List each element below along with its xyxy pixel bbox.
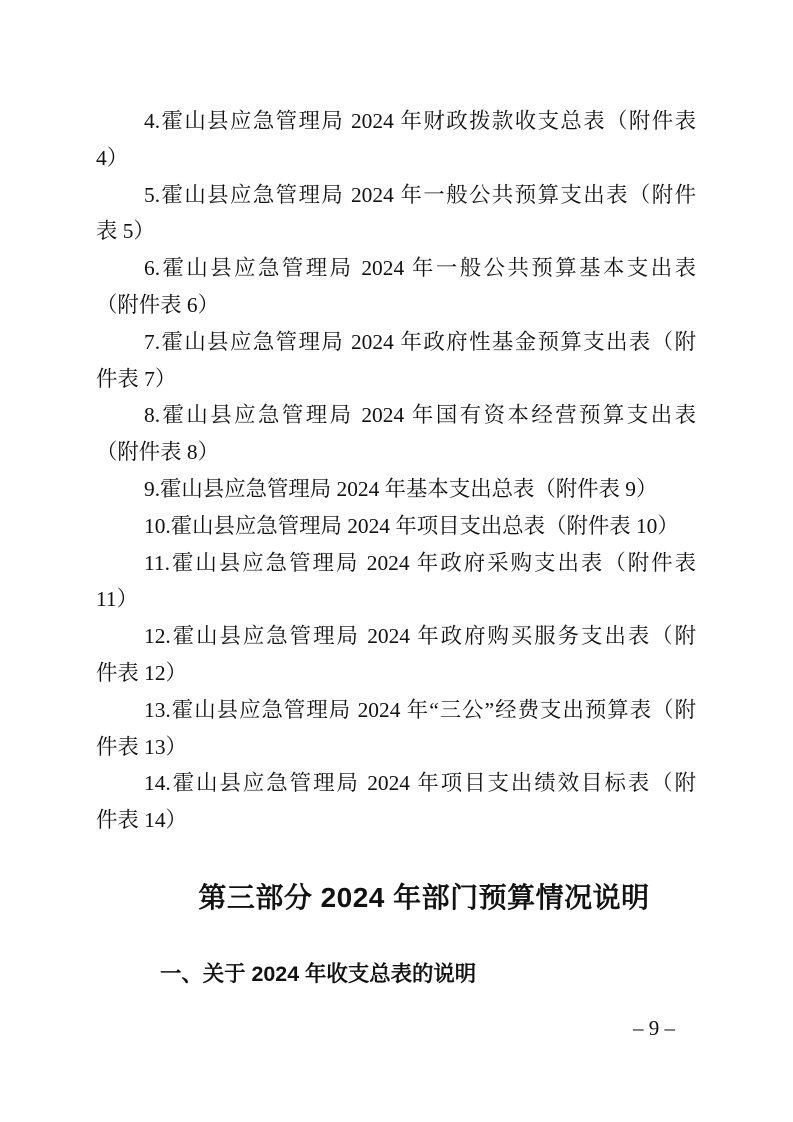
page-number: – 9 –	[633, 1016, 675, 1040]
attachment-list-item-line: （附件表 8）	[96, 434, 696, 471]
attachment-list-item: 8.霍山县应急管理局 2024 年国有资本经营预算支出表（附件表 8）	[96, 397, 696, 471]
attachment-list-item: 14.霍山县应急管理局 2024 年项目支出绩效目标表（附件表 14）	[96, 765, 696, 839]
page-content: 4.霍山县应急管理局 2024 年财政拨款收支总表（附件表4）5.霍山县应急管理…	[96, 103, 696, 993]
attachment-list-item-line: 11.霍山县应急管理局 2024 年政府采购支出表（附件表	[96, 545, 696, 582]
attachment-list-item: 12.霍山县应急管理局 2024 年政府购买服务支出表（附件表 12）	[96, 618, 696, 692]
document-page: 4.霍山县应急管理局 2024 年财政拨款收支总表（附件表4）5.霍山县应急管理…	[0, 0, 793, 1122]
attachment-list-item-line: 11）	[96, 581, 696, 618]
attachment-list: 4.霍山县应急管理局 2024 年财政拨款收支总表（附件表4）5.霍山县应急管理…	[96, 103, 696, 839]
attachment-list-item-line: 10.霍山县应急管理局 2024 年项目支出总表（附件表 10）	[96, 508, 696, 545]
attachment-list-item: 11.霍山县应急管理局 2024 年政府采购支出表（附件表11）	[96, 545, 696, 619]
attachment-list-item: 10.霍山县应急管理局 2024 年项目支出总表（附件表 10）	[96, 508, 696, 545]
attachment-list-item-line: 件表 7）	[96, 361, 696, 398]
attachment-list-item: 6.霍山县应急管理局 2024 年一般公共预算基本支出表（附件表 6）	[96, 250, 696, 324]
attachment-list-item-line: 件表 13）	[96, 729, 696, 766]
subsection-heading: 一、关于 2024 年收支总表的说明	[96, 956, 696, 993]
attachment-list-item-line: 14.霍山县应急管理局 2024 年项目支出绩效目标表（附	[96, 765, 696, 802]
attachment-list-item: 7.霍山县应急管理局 2024 年政府性基金预算支出表（附件表 7）	[96, 324, 696, 398]
attachment-list-item-line: 4）	[96, 140, 696, 177]
attachment-list-item-line: 7.霍山县应急管理局 2024 年政府性基金预算支出表（附	[96, 324, 696, 361]
attachment-list-item-line: 13.霍山县应急管理局 2024 年“三公”经费支出预算表（附	[96, 692, 696, 729]
attachment-list-item-line: （附件表 6）	[96, 287, 696, 324]
attachment-list-item-line: 表 5）	[96, 213, 696, 250]
attachment-list-item-line: 件表 14）	[96, 802, 696, 839]
attachment-list-item-line: 9.霍山县应急管理局 2024 年基本支出总表（附件表 9）	[96, 471, 696, 508]
attachment-list-item-line: 件表 12）	[96, 655, 696, 692]
attachment-list-item-line: 5.霍山县应急管理局 2024 年一般公共预算支出表（附件	[96, 177, 696, 214]
attachment-list-item-line: 12.霍山县应急管理局 2024 年政府购买服务支出表（附	[96, 618, 696, 655]
section-heading: 第三部分 2024 年部门预算情况说明	[96, 878, 696, 918]
attachment-list-item: 13.霍山县应急管理局 2024 年“三公”经费支出预算表（附件表 13）	[96, 692, 696, 766]
attachment-list-item: 4.霍山县应急管理局 2024 年财政拨款收支总表（附件表4）	[96, 103, 696, 177]
attachment-list-item-line: 6.霍山县应急管理局 2024 年一般公共预算基本支出表	[96, 250, 696, 287]
attachment-list-item-line: 4.霍山县应急管理局 2024 年财政拨款收支总表（附件表	[96, 103, 696, 140]
attachment-list-item: 5.霍山县应急管理局 2024 年一般公共预算支出表（附件表 5）	[96, 177, 696, 251]
attachment-list-item: 9.霍山县应急管理局 2024 年基本支出总表（附件表 9）	[96, 471, 696, 508]
attachment-list-item-line: 8.霍山县应急管理局 2024 年国有资本经营预算支出表	[96, 397, 696, 434]
